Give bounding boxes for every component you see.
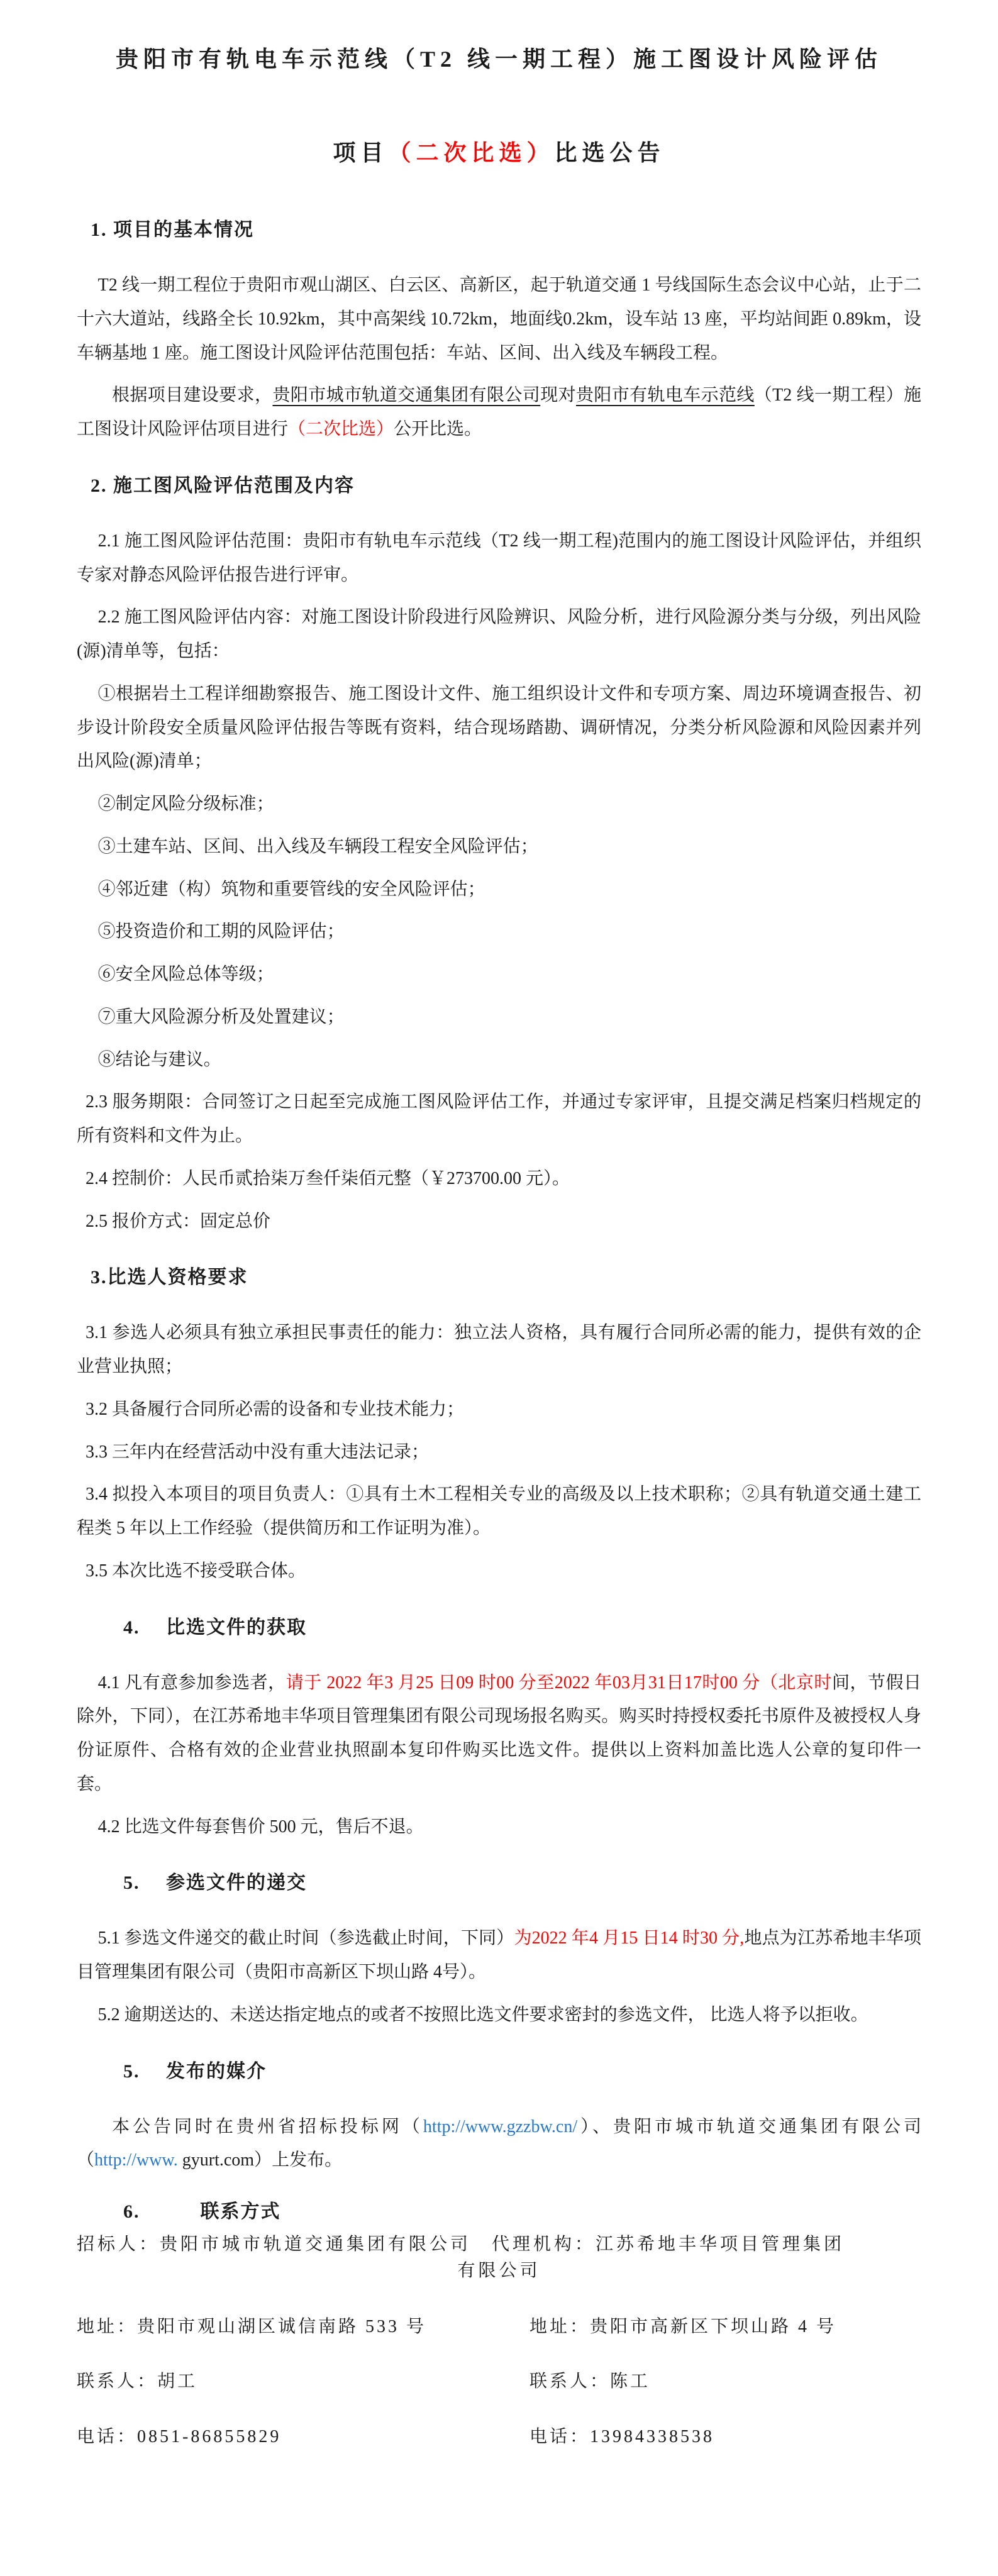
title-line2-prefix: 项目	[333, 140, 388, 165]
para-3-3: 3.3 三年内在经营活动中没有重大违法记录；	[77, 1435, 921, 1469]
para-3-2: 3.2 具备履行合同所必需的设备和专业技术能力；	[77, 1393, 921, 1427]
list-item-1: ①根据岩土工程详细勘察报告、施工图设计文件、施工组织设计文件和专项方案、周边环境…	[77, 677, 921, 778]
para-4-1-purchase: 4.1 凡有意参加参选者，请于 2022 年3 月25 日09 时00 分至20…	[77, 1666, 921, 1801]
title-line-2: 项目（二次比选）比选公告	[77, 138, 921, 169]
agency-contact-person: 联系人：陈工	[529, 2369, 921, 2394]
basis-owner-underlined: 贵阳市城市轨道交通集团有限公司	[272, 385, 540, 405]
list-item-3: ③土建车站、区间、出入线及车辆段工程安全风险评估；	[77, 830, 921, 864]
para-2-4-control-price: 2.4 控制价：人民币贰拾柒万叁仟柒佰元整（￥273700.00 元）。	[77, 1162, 921, 1196]
purchase-period-red: 请于 2022 年3 月25 日09 时00 分至2022 年03月31日17时…	[286, 1673, 832, 1693]
agency-address: 地址：贵阳市高新区下坝山路 4 号	[529, 2314, 921, 2339]
para-2-1-scope: 2.1 施工图风险评估范围：贵阳市有轨电车示范线（T2 线一期工程)范围内的施工…	[77, 524, 921, 592]
basis-project-underlined: 贵阳市有轨电车示范线	[576, 385, 755, 405]
heading-section-2-scope: 2. 施工图风险评估范围及内容	[91, 473, 921, 499]
contact-address-row: 地址：贵阳市观山湖区诚信南路 533 号 地址：贵阳市高新区下坝山路 4 号	[77, 2314, 921, 2339]
basis-second-round-red: （二次比选）	[288, 419, 394, 439]
title-line2-red-highlight: （二次比选）	[388, 140, 554, 165]
para-5-1-deadline: 5.1 参选文件递交的截止时间（参选截止时间，下同）为2022 年4 月15 日…	[77, 1921, 921, 1989]
para-project-basis: 根据项目建设要求，贵阳市城市轨道交通集团有限公司现对贵阳市有轨电车示范线（T2 …	[77, 379, 921, 446]
list-item-8: ⑧结论与建议。	[77, 1043, 921, 1077]
heading-section-4-obtain-documents: 4. 比选文件的获取	[123, 1615, 921, 1641]
list-item-4: ④邻近建（构）筑物和重要管线的安全风险评估；	[77, 873, 921, 907]
basis-run-4: 公开比选。	[394, 419, 482, 439]
heading-section-1-basic-info: 1. 项目的基本情况	[91, 217, 921, 243]
heading-section-3-qualification: 3.比选人资格要求	[91, 1264, 921, 1291]
title-line2-suffix: 比选公告	[555, 140, 665, 165]
title-line-1: 贵阳市有轨电车示范线（T2 线一期工程）施工图设计风险评估	[77, 44, 921, 75]
media-run-3: gyurt.com）上发布。	[178, 2150, 342, 2170]
bidder-contact-person: 联系人：胡工	[77, 2369, 529, 2394]
deadline-date-red: 为2022 年4 月15 日14 时30 分,	[514, 1928, 744, 1948]
para-2-3-service-term: 2.3 服务期限：合同签订之日起至完成施工图风险评估工作，并通过专家评审，且提交…	[77, 1085, 921, 1153]
page-title: 贵阳市有轨电车示范线（T2 线一期工程）施工图设计风险评估 项目（二次比选）比选…	[77, 44, 921, 168]
link-gzzbw-url[interactable]: http://www.gzzbw.cn/	[423, 2117, 577, 2137]
purchase-run-1: 4.1 凡有意参加参选者，	[98, 1673, 286, 1693]
basis-run-2: 现对	[540, 385, 576, 405]
agency-phone: 电话：13984338538	[529, 2424, 921, 2449]
contact-parties-line: 招标人：贵阳市城市轨道交通集团有限公司 代理机构：江苏希地丰华项目管理集团	[77, 2231, 921, 2258]
para-4-2-price: 4.2 比选文件每套售价 500 元，售后不退。	[77, 1810, 921, 1844]
list-item-6: ⑥安全风险总体等级；	[77, 958, 921, 992]
para-2-2-content: 2.2 施工图风险评估内容：对施工图设计阶段进行风险辨识、风险分析，进行风险源分…	[77, 600, 921, 668]
heading-section-5-submission: 5. 参选文件的递交	[123, 1870, 921, 1896]
contact-person-row: 联系人：胡工 联系人：陈工	[77, 2369, 921, 2394]
bidder-phone: 电话：0851-86855829	[77, 2424, 529, 2449]
para-3-4: 3.4 拟投入本项目的项目负责人：①具有土木工程相关专业的高级及以上技术职称；②…	[77, 1478, 921, 1545]
para-5-2-rejection: 5.2 逾期送达的、未送达指定地点的或者不按照比选文件要求密封的参选文件， 比选…	[77, 1998, 921, 2032]
para-project-overview: T2 线一期工程位于贵阳市观山湖区、白云区、高新区，起于轨道交通 1 号线国际生…	[77, 268, 921, 370]
para-media: 本公告同时在贵州省招标投标网（http://www.gzzbw.cn/）、贵阳市…	[77, 2110, 921, 2178]
para-3-1: 3.1 参选人必须具有独立承担民事责任的能力：独立法人资格，具有履行合同所必需的…	[77, 1316, 921, 1384]
heading-section-6-contact: 6. 联系方式	[123, 2199, 921, 2225]
list-item-5: ⑤投资造价和工期的风险评估；	[77, 915, 921, 949]
contact-parties-wrap-line: 有限公司	[77, 2258, 921, 2284]
deadline-run-1: 5.1 参选文件递交的截止时间（参选截止时间，下同）	[98, 1928, 514, 1948]
contact-block: 招标人：贵阳市城市轨道交通集团有限公司 代理机构：江苏希地丰华项目管理集团 有限…	[77, 2231, 921, 2449]
announcement-document: 贵阳市有轨电车示范线（T2 线一期工程）施工图设计风险评估 项目（二次比选）比选…	[0, 0, 998, 2576]
list-item-2: ②制定风险分级标准；	[77, 787, 921, 821]
para-3-5: 3.5 本次比选不接受联合体。	[77, 1554, 921, 1588]
para-2-5-quote-method: 2.5 报价方式：固定总价	[77, 1205, 921, 1239]
link-gyurt-url[interactable]: http://www.	[94, 2150, 178, 2170]
media-run-1: 本公告同时在贵州省招标投标网（	[112, 2117, 423, 2137]
list-item-7: ⑦重大风险源分析及处置建议；	[77, 1000, 921, 1034]
basis-run-1: 根据项目建设要求，	[112, 385, 272, 405]
contact-phone-row: 电话：0851-86855829 电话：13984338538	[77, 2424, 921, 2449]
heading-section-5b-media: 5. 发布的媒介	[123, 2059, 921, 2085]
bidder-address: 地址：贵阳市观山湖区诚信南路 533 号	[77, 2314, 529, 2339]
